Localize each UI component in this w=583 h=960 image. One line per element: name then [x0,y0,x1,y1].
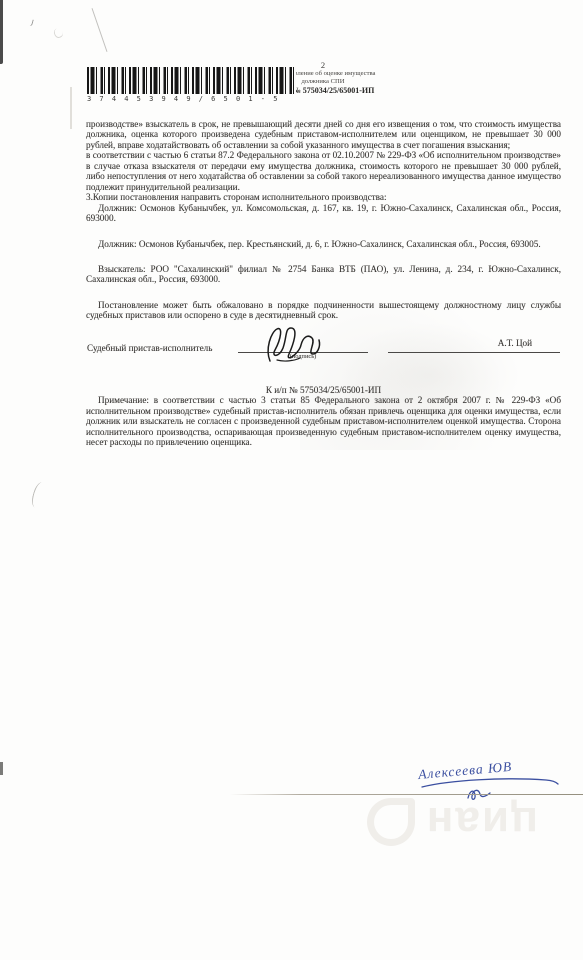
signature-scribble-icon [254,323,332,363]
paragraph-debtor-1: Должник: Осмонов Кубанычбек, ул. Комсомо… [86,203,561,224]
document-body: производстве» взыскатель в срок, не прев… [86,119,561,448]
paragraph-law-article: в соответствии с частью 6 статьи 87.2 Фе… [86,150,561,192]
scan-scratch [92,8,108,52]
scan-speck [53,27,65,39]
signature-row: Судебный пристав-исполнитель (подпись) А… [86,338,561,372]
scanned-page: 2 Постановление об оценке имущества долж… [0,0,583,960]
scan-speck [30,481,48,509]
watermark-text: циан [425,797,538,847]
paragraph-appeal: Постановление может быть обжаловано в по… [86,300,561,321]
scan-fold-line [70,87,72,129]
case-reference: К и/п № 575034/25/65001-ИП [86,385,561,395]
scan-speck [27,18,34,26]
watermark: циан [288,797,538,847]
officer-name: А.Т. Цой [388,338,560,352]
scan-speck [0,762,3,775]
officer-line [388,352,560,353]
paragraph-claimant: Взыскатель: РОО "Сахалинский" филиал № 2… [86,264,561,285]
note-paragraph: Примечание: в соответствии с частью 3 ст… [86,395,561,447]
paragraph-continuation: производстве» взыскатель в срок, не прев… [86,119,561,150]
faint-divider-line [230,794,583,795]
paragraph-debtor-2: Должник: Осмонов Кубанычбек, пер. Кресть… [86,239,561,249]
barcode-digits: 374453949/6501-5 [87,95,296,103]
officer-field: А.Т. Цой [388,338,560,353]
barcode-bars-icon [87,67,296,94]
paragraph-copies: 3.Копии постановления направить сторонам… [86,192,561,202]
official-title: Судебный пристав-исполнитель [87,343,212,353]
watermark-logo-icon [367,798,415,846]
scan-edge-line [0,0,3,64]
barcode: 374453949/6501-5 [87,67,296,103]
